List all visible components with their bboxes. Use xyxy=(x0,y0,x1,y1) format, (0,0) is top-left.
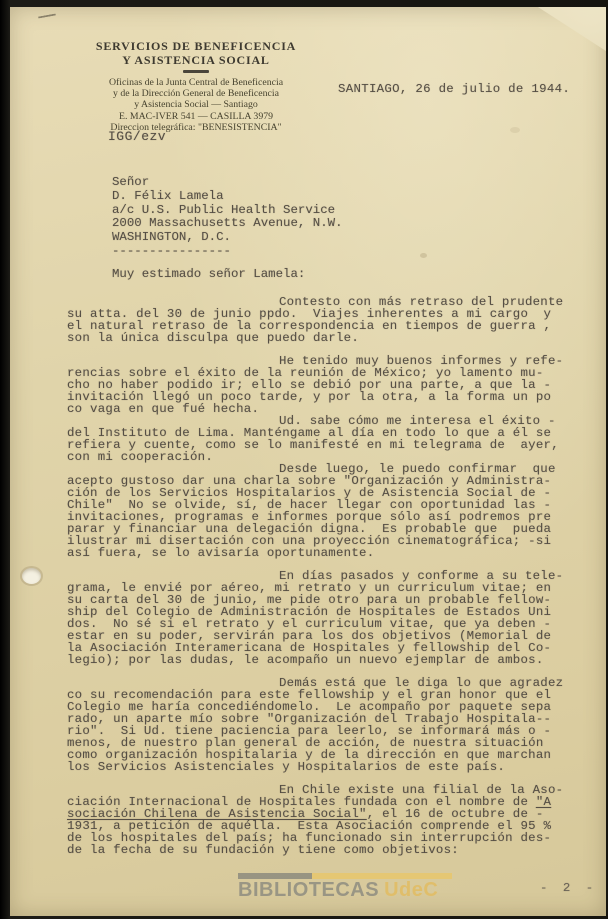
reference-initials: IGG/ezv xyxy=(108,129,166,144)
letter-body: Contesto con más retraso del prudentesu … xyxy=(67,296,567,856)
paper-stain xyxy=(420,253,427,258)
text-line: y Asistencia Social — Santiago xyxy=(68,99,324,110)
text-line: Direccion telegráfica: "BENESISTENCIA" xyxy=(68,122,324,133)
paragraph: He tenido muy buenos informes y refe-ren… xyxy=(67,355,567,415)
text-line: de la fecha de su fundación y tiene como… xyxy=(67,844,567,856)
letterhead-org-line2: Y ASISTENCIA SOCIAL xyxy=(68,54,324,68)
dateline: SANTIAGO, 26 de julio de 1944. xyxy=(338,82,570,96)
pencil-mark xyxy=(38,13,56,18)
text-line: Oficinas de la Junta Central de Benefice… xyxy=(68,77,324,88)
text-line: Señor xyxy=(112,176,343,190)
scanned-letter-page: SERVICIOS DE BENEFICENCIA Y ASISTENCIA S… xyxy=(0,0,608,919)
paragraph: Ud. sabe cómo me interesa el éxito -del … xyxy=(67,415,567,463)
punch-hole xyxy=(22,568,41,584)
text-line: legio); por las dudas, le acompaño un nu… xyxy=(67,654,567,666)
paragraph: Contesto con más retraso del prudentesu … xyxy=(67,296,567,344)
text-line: los Servicios Asistenciales y Hospitalar… xyxy=(67,761,567,773)
paragraph: En días pasados y conforme a su tele-gra… xyxy=(67,570,567,666)
text-line: E. MAC-IVER 541 — CASILLA 3979 xyxy=(68,111,324,122)
letterhead-divider xyxy=(183,70,209,73)
watermark-text-secondary: UdeC xyxy=(384,879,438,901)
letterhead-org-line1: SERVICIOS DE BENEFICENCIA xyxy=(68,40,324,54)
paper-sheet: SERVICIOS DE BENEFICENCIA Y ASISTENCIA S… xyxy=(10,7,606,916)
letterhead-address: Oficinas de la Junta Central de Benefice… xyxy=(68,77,324,133)
text-line: y de la Dirección General de Beneficenci… xyxy=(68,88,324,99)
watermark-text: BIBLIOTECASUdeC xyxy=(238,880,468,901)
recipient-block: SeñorD. Félix Lamelaa/c U.S. Public Heal… xyxy=(112,176,343,259)
paragraph: En Chile existe una filial de la Aso-cia… xyxy=(67,784,567,856)
text-line: son la única disculpa que puedo darle. xyxy=(67,332,567,344)
paper-stain xyxy=(510,127,520,133)
paragraph: Demás está que le diga lo que agradezco … xyxy=(67,677,567,773)
page-number: - 2 - xyxy=(540,881,597,895)
text-line: ---------------- xyxy=(112,245,343,259)
text-line: D. Félix Lamela xyxy=(112,190,343,204)
text-line: así fuera, se lo avisaría oportunamente. xyxy=(67,547,567,559)
paragraph: Desde luego, le puedo confirmar queacept… xyxy=(67,463,567,559)
salutation: Muy estimado señor Lamela: xyxy=(112,267,305,281)
letterhead: SERVICIOS DE BENEFICENCIA Y ASISTENCIA S… xyxy=(68,40,324,133)
library-watermark: BIBLIOTECASUdeC xyxy=(238,873,468,901)
corner-fold xyxy=(532,7,606,51)
text-line: WASHINGTON, D.C. xyxy=(112,231,343,245)
watermark-text-primary: BIBLIOTECAS xyxy=(238,879,379,901)
